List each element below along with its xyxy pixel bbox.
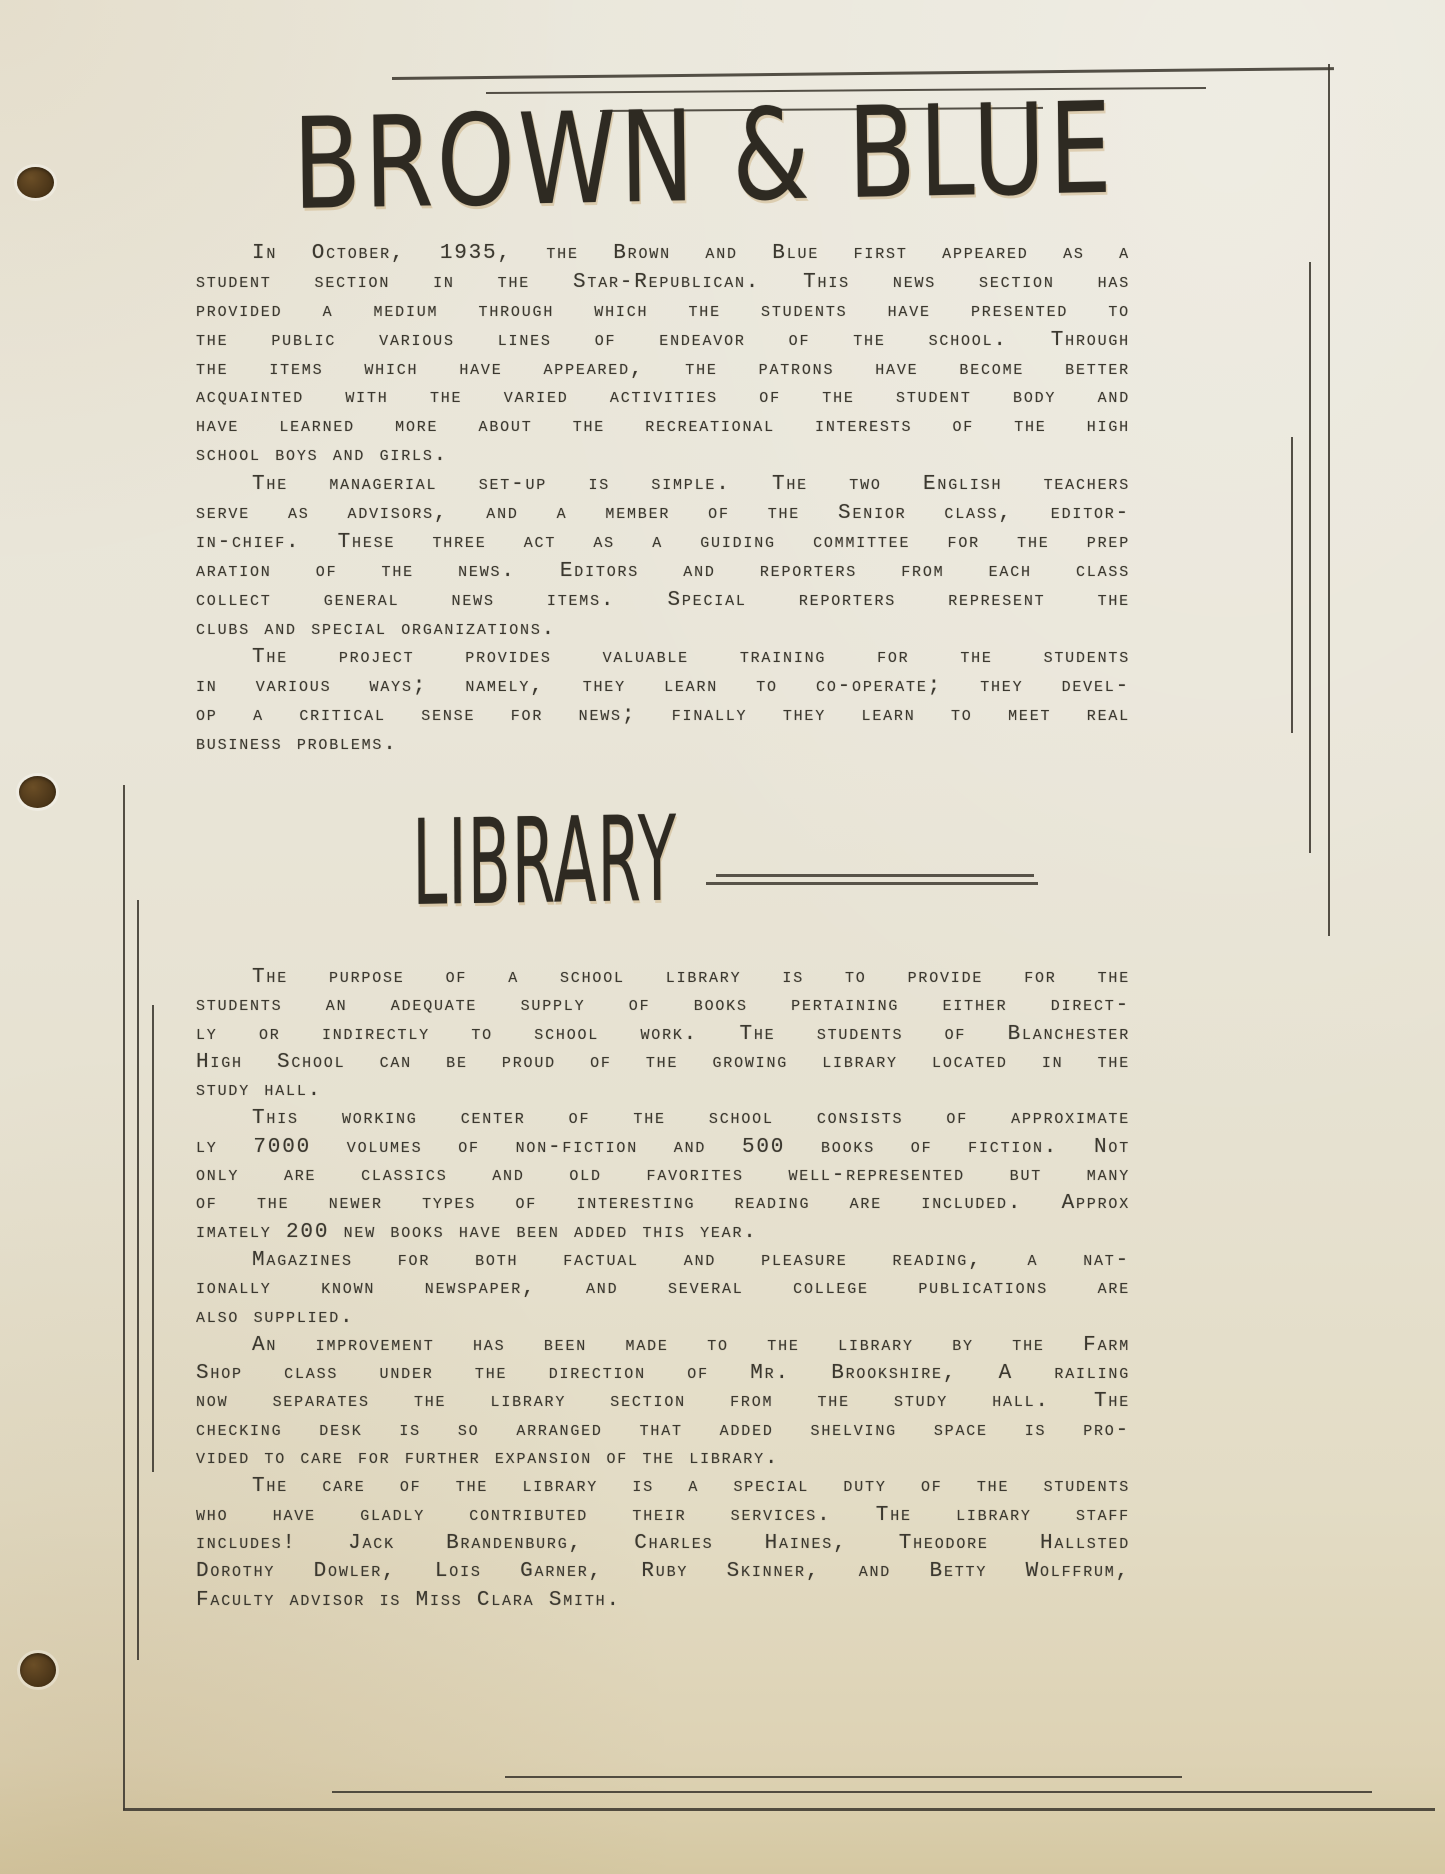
text-line: includes! Jack Brandenburg, Charles Hain…: [196, 1530, 1130, 1558]
paragraph: An improvement has been made to the libr…: [196, 1332, 1130, 1473]
left-border-rule-2: [137, 900, 139, 1660]
underline-stroke: [716, 874, 1034, 877]
text-line: This working center of the school consis…: [196, 1105, 1130, 1133]
text-line: ionally known newspaper, and several col…: [196, 1275, 1130, 1303]
text-line: acquainted with the varied activities of…: [196, 384, 1130, 413]
section-heading-library: LIBRARY: [412, 800, 678, 922]
text-line: An improvement has been made to the libr…: [196, 1332, 1130, 1360]
text-line: The managerial set-up is simple. The two…: [196, 471, 1130, 500]
underline-stroke: [706, 882, 1038, 885]
section-heading-brown-and-blue: BROWN & BLUE: [292, 86, 1116, 228]
text-line: Magazines for both factual and pleasure …: [196, 1247, 1130, 1275]
text-line: Faculty advisor is Miss Clara Smith.: [196, 1587, 1130, 1615]
text-line: aration of the news. Editors and reporte…: [196, 558, 1130, 587]
text-line: now separates the library section from t…: [196, 1388, 1130, 1416]
article-brown-and-blue: In October, 1935, the Brown and Blue fir…: [196, 240, 1130, 760]
punch-hole: [20, 1653, 56, 1687]
scanned-yearbook-page: BROWN & BLUE LIBRARY In October, 1935, t…: [0, 0, 1445, 1874]
paragraph: The purpose of a school library is to pr…: [196, 964, 1130, 1105]
text-line: also supplied.: [196, 1304, 1130, 1332]
punch-hole: [17, 167, 54, 198]
paragraph: In October, 1935, the Brown and Blue fir…: [196, 240, 1130, 471]
paragraph: The managerial set-up is simple. The two…: [196, 471, 1130, 644]
text-line: in-chief. These three act as a guiding c…: [196, 529, 1130, 558]
text-line: have learned more about the recreational…: [196, 413, 1130, 442]
paragraph: The project provides valuable training f…: [196, 644, 1130, 760]
text-line: The care of the library is a special dut…: [196, 1473, 1130, 1501]
right-border-rule-3: [1291, 437, 1293, 733]
text-line: imately 200 new books have been added th…: [196, 1219, 1130, 1247]
text-line: serve as advisors, and a member of the S…: [196, 500, 1130, 529]
text-line: The project provides valuable training f…: [196, 644, 1130, 673]
bottom-border-rule-1: [505, 1776, 1182, 1778]
text-line: collect general news items. Special repo…: [196, 587, 1130, 616]
text-line: Shop class under the direction of Mr. Br…: [196, 1360, 1130, 1388]
text-line: provided a medium through which the stud…: [196, 298, 1130, 327]
punch-hole: [19, 776, 56, 808]
text-line: who have gladly contributed their servic…: [196, 1502, 1130, 1530]
text-line: The purpose of a school library is to pr…: [196, 964, 1130, 992]
text-line: clubs and special organizations.: [196, 616, 1130, 645]
text-line: school boys and girls.: [196, 442, 1130, 471]
text-line: ly or indirectly to school work. The stu…: [196, 1021, 1130, 1049]
paragraph: The care of the library is a special dut…: [196, 1473, 1130, 1614]
library-heading-underline: [706, 874, 1038, 885]
text-line: checking desk is so arranged that added …: [196, 1417, 1130, 1445]
text-line: the public various lines of endeavor of …: [196, 327, 1130, 356]
text-line: of the newer types of interesting readin…: [196, 1190, 1130, 1218]
text-line: op a critical sense for news; finally th…: [196, 702, 1130, 731]
left-border-rule-1: [123, 785, 125, 1810]
left-border-rule-3: [152, 1005, 154, 1472]
text-line: only are classics and old favorites well…: [196, 1162, 1130, 1190]
bottom-border-rule-3: [123, 1808, 1435, 1811]
right-border-rule-2: [1309, 262, 1311, 853]
text-line: student section in the Star-Republican. …: [196, 269, 1130, 298]
text-line: vided to care for further expansion of t…: [196, 1445, 1130, 1473]
text-line: students an adequate supply of books per…: [196, 992, 1130, 1020]
paragraph: Magazines for both factual and pleasure …: [196, 1247, 1130, 1332]
text-line: study hall.: [196, 1077, 1130, 1105]
text-line: Dorothy Dowler, Lois Garner, Ruby Skinne…: [196, 1558, 1130, 1586]
paragraph: This working center of the school consis…: [196, 1105, 1130, 1246]
text-line: business problems.: [196, 731, 1130, 760]
top-border-rule-1: [392, 67, 1334, 80]
article-library: The purpose of a school library is to pr…: [196, 964, 1130, 1615]
right-border-rule-1: [1328, 64, 1330, 936]
text-line: the items which have appeared, the patro…: [196, 356, 1130, 385]
text-line: In October, 1935, the Brown and Blue fir…: [196, 240, 1130, 269]
text-line: ly 7000 volumes of non-fiction and 500 b…: [196, 1134, 1130, 1162]
text-line: High School can be proud of the growing …: [196, 1049, 1130, 1077]
bottom-border-rule-2: [332, 1791, 1372, 1793]
text-line: in various ways; namely, they learn to c…: [196, 673, 1130, 702]
